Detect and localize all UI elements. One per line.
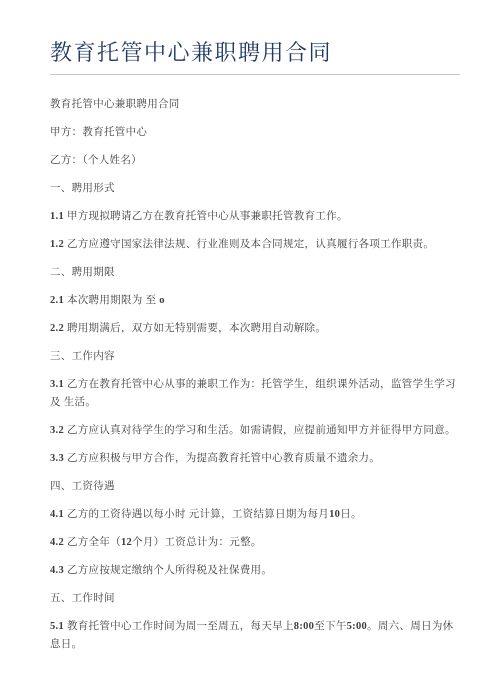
contract-document-page: 教育托管中心兼职聘用合同 教育托管中心兼职聘用合同甲方：教育托管中心乙方：（个人… [0, 0, 500, 677]
document-title: 教育托管中心兼职聘用合同 [50, 38, 460, 75]
text-segment: 乙方应按规定缴纳个人所得税及社保费用。 [64, 565, 272, 576]
paragraph: 4.2 乙方全年（12个月）工资总计为：元整。 [50, 534, 460, 552]
text-segment: 教育托管中心兼职聘用合同 [50, 99, 180, 110]
bold-number: 3.1 [50, 379, 64, 390]
bold-number: 4.2 [50, 537, 64, 548]
bold-number: 10 [329, 509, 340, 520]
paragraph: 1.2 乙方应遵守国家法律法规、行业准则及本合同规定，认真履行各项工作职责。 [50, 236, 460, 254]
paragraph: 4.1 乙方的工资待遇以每小时 元计算，工资结算日期为每月10日。 [50, 506, 460, 524]
text-segment: 乙方的工资待遇以每小时 元计算，工资结算日期为每月 [64, 509, 329, 520]
paragraph: 3.3 乙方应积极与甲方合作，为提高教育托管中心教育质量不遗余力。 [50, 450, 460, 468]
paragraph: 2.1 本次聘用期限为 至 o [50, 292, 460, 310]
text-segment: 乙方在教育托管中心从事的兼职工作为：托管学生，组织课外活动，监管学生学习及 生活… [50, 379, 456, 408]
paragraph: 2.2 聘用期满后，双方如无特别需要，本次聘用自动解除。 [50, 320, 460, 338]
text-segment: 个月）工资总计为：元整。 [132, 537, 262, 548]
text-segment: 本次聘用期限为 至 [64, 295, 159, 306]
text-segment: 聘用期满后，双方如无特别需要，本次聘用自动解除。 [64, 323, 326, 334]
bold-number: 12 [121, 537, 132, 548]
paragraph: 5.1 教育托管中心工作时间为周一至周五，每天早上8:00至下午5:00。周六、… [50, 618, 460, 654]
paragraph: 五、工作时间 [50, 590, 460, 608]
bold-number: 1.2 [50, 239, 64, 250]
text-segment: 甲方：教育托管中心 [50, 127, 147, 138]
text-segment: 一、聘用形式 [50, 183, 115, 194]
text-segment: 乙方应遵守国家法律法规、行业准则及本合同规定，认真履行各项工作职责。 [64, 239, 434, 250]
text-segment: 乙方全年（ [64, 537, 121, 548]
bold-number: 1.1 [50, 211, 64, 222]
bold-number: 5:00 [347, 621, 367, 632]
paragraph: 4.3 乙方应按规定缴纳个人所得税及社保费用。 [50, 562, 460, 580]
paragraph: 四、工资待遇 [50, 478, 460, 496]
paragraph: 3.1 乙方在教育托管中心从事的兼职工作为：托管学生，组织课外活动，监管学生学习… [50, 376, 460, 412]
document-body: 教育托管中心兼职聘用合同甲方：教育托管中心乙方：（个人姓名）一、聘用形式1.1 … [50, 75, 460, 654]
text-segment: 日。 [340, 509, 362, 520]
bold-number: 4.3 [50, 565, 64, 576]
bold-number: o [159, 295, 165, 306]
text-segment: 至下午 [314, 621, 346, 632]
paragraph: 3.2 乙方应认真对待学生的学习和生活。如需请假，应提前通知甲方并征得甲方同意。 [50, 422, 460, 440]
text-segment: 三、工作内容 [50, 351, 115, 362]
bold-number: 8:00 [294, 621, 314, 632]
bold-number: 3.2 [50, 425, 64, 436]
text-segment: 甲方现拟聘请乙方在教育托管中心从事兼职托管教育工作。 [64, 211, 348, 222]
text-segment: 教育托管中心工作时间为周一至周五，每天早上 [64, 621, 294, 632]
text-segment: 二、聘用期限 [50, 267, 115, 278]
paragraph: 1.1 甲方现拟聘请乙方在教育托管中心从事兼职托管教育工作。 [50, 208, 460, 226]
paragraph: 三、工作内容 [50, 348, 460, 366]
text-segment: 乙方应积极与甲方合作，为提高教育托管中心教育质量不遗余力。 [64, 453, 380, 464]
paragraph: 教育托管中心兼职聘用合同 [50, 96, 460, 114]
text-segment: 乙方：（个人姓名） [50, 155, 142, 166]
paragraph: 二、聘用期限 [50, 264, 460, 282]
bold-number: 5.1 [50, 621, 64, 632]
bold-number: 3.3 [50, 453, 64, 464]
paragraph: 甲方：教育托管中心 [50, 124, 460, 142]
text-segment: 五、工作时间 [50, 593, 115, 604]
text-segment: 乙方应认真对待学生的学习和生活。如需请假，应提前通知甲方并征得甲方同意。 [64, 425, 456, 436]
bold-number: 2.2 [50, 323, 64, 334]
paragraph: 一、聘用形式 [50, 180, 460, 198]
bold-number: 4.1 [50, 509, 64, 520]
paragraph: 乙方：（个人姓名） [50, 152, 460, 170]
text-segment: 四、工资待遇 [50, 481, 115, 492]
bold-number: 2.1 [50, 295, 64, 306]
